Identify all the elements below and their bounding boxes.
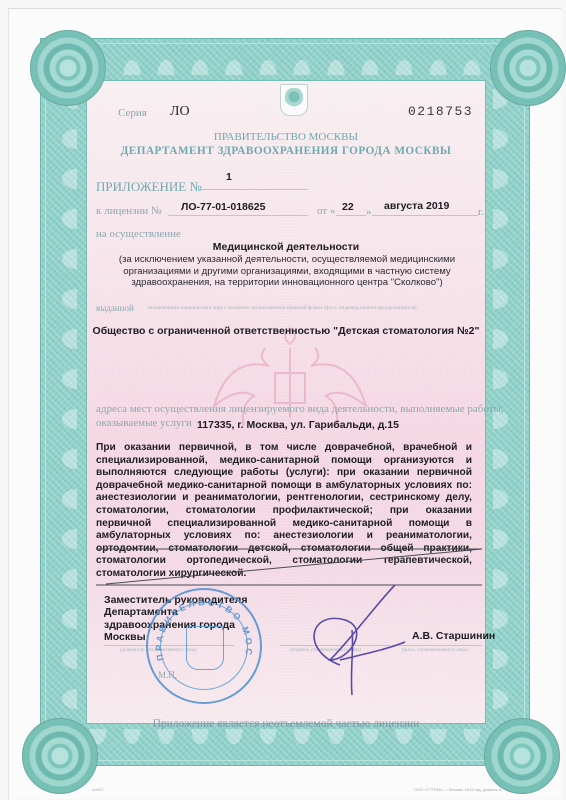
- corner-rosette-icon: [484, 718, 560, 794]
- caption-name: (ф.и.о. уполномоченного лица): [402, 648, 468, 653]
- series-value: ЛО: [170, 104, 190, 120]
- handwritten-signature-icon: [290, 580, 410, 700]
- date-month-year: августа 2019: [384, 200, 449, 212]
- date-from-label: от «: [317, 205, 335, 217]
- form-number: 0218753: [408, 104, 473, 119]
- date-day: 22: [342, 201, 354, 213]
- issued-to-label: выданной: [96, 303, 134, 313]
- license-label: к лицензии №: [96, 205, 162, 217]
- state-emblem-icon: [280, 84, 308, 116]
- organization-name: Общество с ограниченной ответственностью…: [86, 325, 486, 337]
- issuer-department: ДЕПАРТАМЕНТ ЗДРАВООХРАНЕНИЯ ГОРОДА МОСКВ…: [86, 145, 486, 157]
- activity-title: Медицинской деятельности: [86, 241, 486, 253]
- signatory-name: А.В. Старшинин: [412, 630, 495, 642]
- official-seal-icon: ПРАВИТЕЛЬСТВО МОСКВЫ: [146, 588, 262, 704]
- print-code-right: ООО «ГТТРАК», г. Москва, 2019 год, урове…: [414, 787, 502, 792]
- svg-text:ПРАВИТЕЛЬСТВО МОСКВЫ: ПРАВИТЕЛЬСТВО МОСКВЫ: [148, 590, 254, 662]
- date-quote: »: [366, 206, 372, 218]
- address-label: адреса мест осуществления лицензируемого…: [96, 403, 496, 415]
- footer-note: Приложение является неотъемлемой частью …: [86, 718, 486, 730]
- appendix-label: ПРИЛОЖЕНИЕ №: [96, 179, 202, 195]
- corner-rosette-icon: [30, 30, 106, 106]
- corner-rosette-icon: [490, 30, 566, 106]
- address-label-2: оказываемые услуги: [96, 417, 192, 429]
- seal-place-label: М.П.: [158, 670, 177, 680]
- activity-note: (за исключением указанной деятельности, …: [92, 254, 482, 289]
- activity-address: 117335, г. Москва, ул. Гарибальди, д.15: [197, 419, 399, 431]
- date-year-suffix: г.: [478, 206, 484, 218]
- print-code-left: А4407: [92, 787, 104, 792]
- appendix-number: 1: [226, 171, 232, 183]
- series-label: Серия: [118, 107, 147, 119]
- activity-label: на осуществление: [96, 228, 181, 240]
- license-number: ЛО-77-01-018625: [181, 201, 265, 213]
- issuer-government: ПРАВИТЕЛЬСТВО МОСКВЫ: [86, 131, 486, 143]
- issued-to-caption: (наименование юридического лица с указан…: [148, 306, 417, 311]
